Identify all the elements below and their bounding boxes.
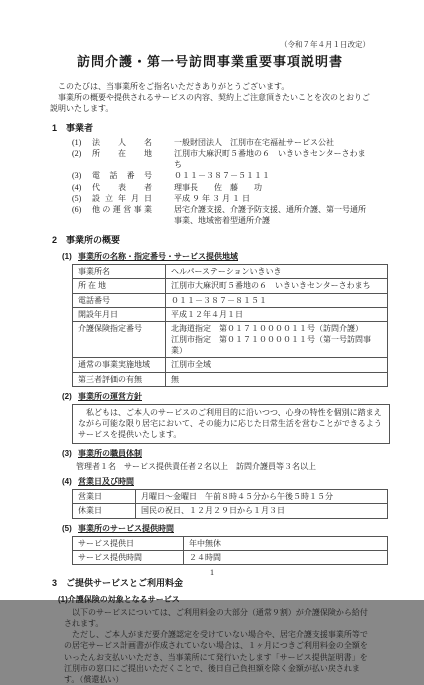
item-value: 平成 ９ 年 ３ 月 １ 日 [152,193,370,204]
table-row: 所 在 地 江別市大麻沢町５番地の６ いきいきセンターさわまち [73,279,388,293]
table-row: 休業日 国民の祝日、１２月２９日から１月３日 [73,504,388,518]
business-hours-table: 営業日 月曜日～金曜日 午前８時４５分から午後５時１５分 休業日 国民の祝日、１… [72,489,388,518]
subsection-title: (1)介護保険の対象となるサービス [58,595,180,604]
row-value: 無 [166,372,388,386]
insurance-paragraph-2: ただし、ご本人がまだ要介護認定を受けていない場合や、居宅介護支援事業所等での居宅… [64,629,370,685]
row-value: 国民の祝日、１２月２９日から１月３日 [136,504,388,518]
table-row: 電話番号 ０１１－３８７－８１５１ [73,293,388,307]
table-row: 第三者評価の有無 無 [73,372,388,386]
provider-item-corporate-name: (1) 法人名 一般財団法人 江別市在宅福祉サービス公社 [72,137,370,148]
item-value: ０１１－３８７－５１１１ [152,170,370,181]
license-line-ebetsu: 江別市指定 第０１７１００００１１号（第一号訪問事業） [171,334,382,356]
revision-date: （令和７年４月１日改定） [50,40,370,51]
item-value: 理事長 佐 藤 功 [152,182,370,193]
item-value: 居宅介護支援、介護予防支援、通所介護、第一号通所事業、地域密着型通所介護 [152,204,370,226]
row-label: 介護保険指定番号 [73,321,166,358]
subsection-2-1-heading: (1)事業所の名称・指定番号・サービス提供地域 [62,251,370,262]
row-label: サービス提供日 [73,536,184,550]
subsection-number: (3) [62,448,78,459]
subsection-title: 事業所の名称・指定番号・サービス提供地域 [78,252,238,261]
subsection-number: (2) [62,391,78,402]
item-value: 一般財団法人 江別市在宅福祉サービス公社 [152,137,370,148]
section-3-number: 3 [52,577,66,590]
row-value: ２４時間 [184,550,388,564]
subsection-number: (1) [62,251,78,262]
section-1-number: 1 [52,122,66,135]
table-row: 通常の事業実施地域 江別市全域 [73,358,388,372]
item-number: (1) [72,137,92,148]
subsection-2-5-heading: (5)事業所のサービス提供時間 [62,523,370,534]
license-line-hokkaido: 北海道指定 第０１７１００００１１号（訪問介護） [171,323,382,334]
insurance-service-paragraph: 以下のサービスについては、ご利用料金の大部分（通常９割）が介護保険から給付されま… [64,607,370,685]
section-1-title: 事業者 [66,123,93,133]
subsection-title: 事業所のサービス提供時間 [78,524,174,533]
row-label: 営業日 [73,490,136,504]
item-value: 江別市大麻沢町５番地の６ いきいきセンターさわまち [152,148,370,170]
item-number: (4) [72,182,92,193]
table-row: 開設年月日 平成１２年４月１日 [73,307,388,321]
item-label: 電話番号 [92,170,152,181]
table-row: サービス提供日 年中無休 [73,536,388,550]
office-overview-table: 事業所名 ヘルパーステーションいきいき 所 在 地 江別市大麻沢町５番地の６ い… [72,264,388,387]
row-label: 休業日 [73,504,136,518]
subsection-number: (4) [62,476,78,487]
item-label: 法人名 [92,137,152,148]
subsection-3-1-heading: (1)介護保険の対象となるサービス [58,594,370,605]
row-label: サービス提供時間 [73,550,184,564]
subsection-2-4-heading: (4)営業日及び時間 [62,476,370,487]
section-1-heading: 1事業者 [52,122,370,135]
provider-item-other-business: (6) 他の運営事業 居宅介護支援、介護予防支援、通所介護、第一号通所事業、地域… [72,204,370,226]
staffing-text: 管理者１名 サービス提供責任者２名以上 訪問介護員等３名以上 [76,461,370,472]
item-number: (3) [72,170,92,181]
subsection-number: (5) [62,523,78,534]
provider-item-address: (2) 所在地 江別市大麻沢町５番地の６ いきいきセンターさわまち [72,148,370,170]
row-value: 年中無休 [184,536,388,550]
row-value: 江別市全域 [166,358,388,372]
page-number: 1 [0,567,424,578]
row-value: ０１１－３８７－８１５１ [166,293,388,307]
section-2-title: 事業所の概要 [66,235,120,245]
subsection-2-2-heading: (2)事業所の運営方針 [62,391,370,402]
section-2-heading: 2事業所の概要 [52,234,370,247]
row-value: 江別市大麻沢町５番地の６ いきいきセンターさわまち [166,279,388,293]
document-page: （令和７年４月１日改定） 訪問介護・第一号訪問事業重要事項説明書 このたびは、当… [0,0,424,600]
item-label: 代表者 [92,182,152,193]
table-row: 事業所名 ヘルパーステーションいきいき [73,265,388,279]
intro-line-2: 事業所の概要や提供されるサービスの内容、契約上ご注意頂きたいことを次のとおりご説… [50,92,370,114]
provider-info-list: (1) 法人名 一般財団法人 江別市在宅福祉サービス公社 (2) 所在地 江別市… [72,137,370,227]
operation-policy-box: 私どもは、ご本人のサービスのご利用目的に沿いつつ、心身の特性を個別に踏まえながら… [72,404,390,444]
insurance-paragraph-1: 以下のサービスについては、ご利用料金の大部分（通常９割）が介護保険から給付されま… [64,607,370,629]
subsection-title: 事業所の職員体制 [78,449,142,458]
operation-policy-text: 私どもは、ご本人のサービスのご利用目的に沿いつつ、心身の特性を個別に踏まえながら… [78,407,384,441]
subsection-title: 営業日及び時間 [78,477,134,486]
section-3-heading: 3ご提供サービスとご利用料金 [52,577,370,590]
row-value: 北海道指定 第０１７１００００１１号（訪問介護） 江別市指定 第０１７１００００… [166,321,388,358]
item-number: (2) [72,148,92,159]
row-label: 通常の事業実施地域 [73,358,166,372]
item-label: 所在地 [92,148,152,159]
table-row-license-number: 介護保険指定番号 北海道指定 第０１７１００００１１号（訪問介護） 江別市指定 … [73,321,388,358]
row-label: 電話番号 [73,293,166,307]
table-row: 営業日 月曜日～金曜日 午前８時４５分から午後５時１５分 [73,490,388,504]
section-2-number: 2 [52,234,66,247]
provider-item-phone: (3) 電話番号 ０１１－３８７－５１１１ [72,170,370,181]
row-label: 開設年月日 [73,307,166,321]
row-value: 平成１２年４月１日 [166,307,388,321]
subsection-2-3-heading: (3)事業所の職員体制 [62,448,370,459]
provider-item-founded: (5) 設立年月日 平成 ９ 年 ３ 月 １ 日 [72,193,370,204]
row-label: 事業所名 [73,265,166,279]
table-row: サービス提供時間 ２４時間 [73,550,388,564]
item-label: 設立年月日 [92,193,152,204]
row-label: 第三者評価の有無 [73,372,166,386]
subsection-title: 事業所の運営方針 [78,392,142,401]
section-3-title: ご提供サービスとご利用料金 [66,578,183,588]
intro-line-1: このたびは、当事業所をご指名いただきありがとうございます。 [50,81,370,92]
row-value: ヘルパーステーションいきいき [166,265,388,279]
row-value: 月曜日～金曜日 午前８時４５分から午後５時１５分 [136,490,388,504]
service-hours-table: サービス提供日 年中無休 サービス提供時間 ２４時間 [72,536,388,565]
provider-item-representative: (4) 代表者 理事長 佐 藤 功 [72,182,370,193]
item-number: (6) [72,204,92,215]
document-title: 訪問介護・第一号訪問事業重要事項説明書 [50,53,370,71]
intro-paragraph: このたびは、当事業所をご指名いただきありがとうございます。 事業所の概要や提供さ… [50,81,370,115]
item-number: (5) [72,193,92,204]
row-label: 所 在 地 [73,279,166,293]
item-label: 他の運営事業 [92,204,152,215]
